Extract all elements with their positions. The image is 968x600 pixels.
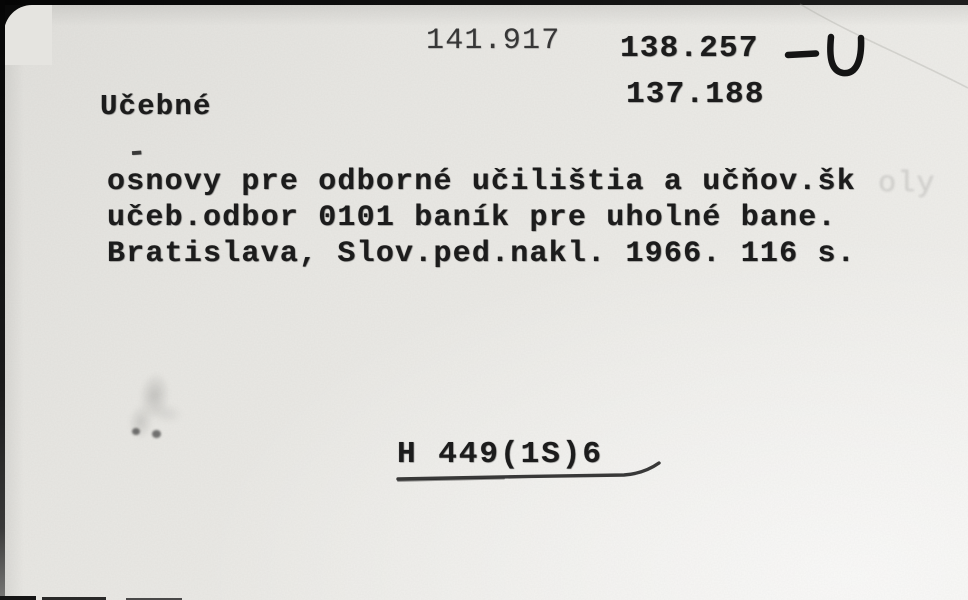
pencil-smudge <box>98 363 213 465</box>
call-number-top-right: 138.257 <box>620 31 759 66</box>
body-line-1: osnovy pre odborné učilištia a učňov.šk <box>107 165 856 199</box>
call-number-top-left: 141.917 <box>426 24 560 58</box>
card-rounded-corner <box>4 5 52 65</box>
scan-edge-left <box>0 0 5 600</box>
scan-edge-bottom-segment <box>0 596 36 600</box>
shelf-mark-underline <box>392 458 672 488</box>
pencil-smudge-dot <box>132 428 140 435</box>
scan-edge-top <box>0 0 968 5</box>
card-heading: Učebné <box>100 90 212 123</box>
call-number-middle: 137.188 <box>626 77 765 112</box>
pencil-smudge-dot <box>152 430 161 438</box>
body-line-1-faint-overflow: oly <box>878 167 936 201</box>
body-line-3: Bratislava, Slov.ped.nakl. 1966. 116 s. <box>107 237 856 271</box>
handwritten-U-mark <box>778 28 878 86</box>
body-line-2: učeb.odbor 0101 baník pre uholné bane. <box>107 201 837 235</box>
